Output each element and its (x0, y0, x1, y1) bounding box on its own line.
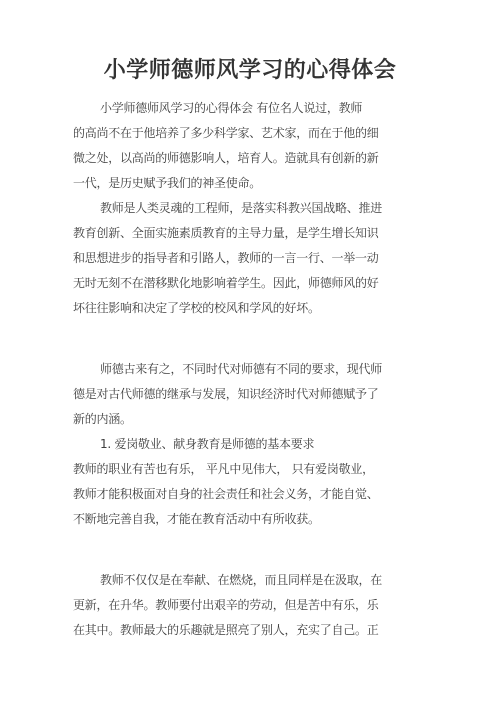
document-body: 小学师德师风学习的心得体会 有位名人说过，教师的高尚不在于他培养了多少科学家、艺… (73, 96, 380, 643)
paragraph: 小学师德师风学习的心得体会 有位名人说过，教师的高尚不在于他培养了多少科学家、艺… (73, 96, 380, 196)
text-line: 德是对古代师德的继承与发展，知识经济时代对师德赋予了 (73, 382, 380, 407)
text-line: 教师才能积极面对自身的社会责任和社会义务，才能自觉、 (73, 482, 380, 507)
page-title: 小学师德师风学习的心得体会 (0, 0, 500, 85)
text-line: 新的内涵。 (73, 407, 380, 432)
text-line: 在其中。教师最大的乐趣就是照亮了别人，充实了自己。正 (73, 618, 380, 643)
text-line: 坏往往影响和决定了学校的校风和学风的好坏。 (73, 296, 380, 321)
text-line: 小学师德师风学习的心得体会 有位名人说过，教师 (73, 96, 380, 121)
text-line: 更新，在升华。教师要付出艰辛的劳动，但是苦中有乐，乐 (73, 593, 380, 618)
text-line: 的高尚不在于他培养了多少科学家、艺术家，而在于他的细 (73, 121, 380, 146)
paragraph: 教师不仅仅是在奉献、在燃烧，而且同样是在汲取，在更新，在升华。教师要付出艰辛的劳… (73, 568, 380, 643)
text-line: 教师不仅仅是在奉献、在燃烧，而且同样是在汲取，在 (73, 568, 380, 593)
text-line: 师德古来有之，不同时代对师德有不同的要求，现代师 (73, 357, 380, 382)
paragraph: 教师是人类灵魂的工程师，是落实科教兴国战略、推进教育创新、全面实施素质教育的主导… (73, 196, 380, 321)
paragraph: 教师的职业有苦也有乐， 平凡中见伟大， 只有爱岗敬业，教师才能积极面对自身的社会… (73, 457, 380, 532)
document-page: 小学师德师风学习的心得体会 小学师德师风学习的心得体会 有位名人说过，教师的高尚… (0, 0, 500, 708)
text-line: 微之处，以高尚的师德影响人，培育人。造就具有创新的新 (73, 146, 380, 171)
text-line: 教育创新、全面实施素质教育的主导力量，是学生增长知识 (73, 221, 380, 246)
text-line: 教师的职业有苦也有乐， 平凡中见伟大， 只有爱岗敬业， (73, 457, 380, 482)
paragraph: 师德古来有之，不同时代对师德有不同的要求，现代师德是对古代师德的继承与发展，知识… (73, 357, 380, 432)
text-line: 教师是人类灵魂的工程师，是落实科教兴国战略、推进 (73, 196, 380, 221)
text-line: 和思想进步的指导者和引路人，教师的一言一行、一举一动 (73, 246, 380, 271)
text-line: 不断地完善自我，才能在教育活动中有所收获。 (73, 507, 380, 532)
text-line: 1. 爱岗敬业、献身教育是师德的基本要求 (73, 432, 380, 457)
text-line: 一代，是历史赋予我们的神圣使命。 (73, 171, 380, 196)
text-line: 无时无刻不在潜移默化地影响着学生。因此，师德师风的好 (73, 271, 380, 296)
paragraph: 1. 爱岗敬业、献身教育是师德的基本要求 (73, 432, 380, 457)
